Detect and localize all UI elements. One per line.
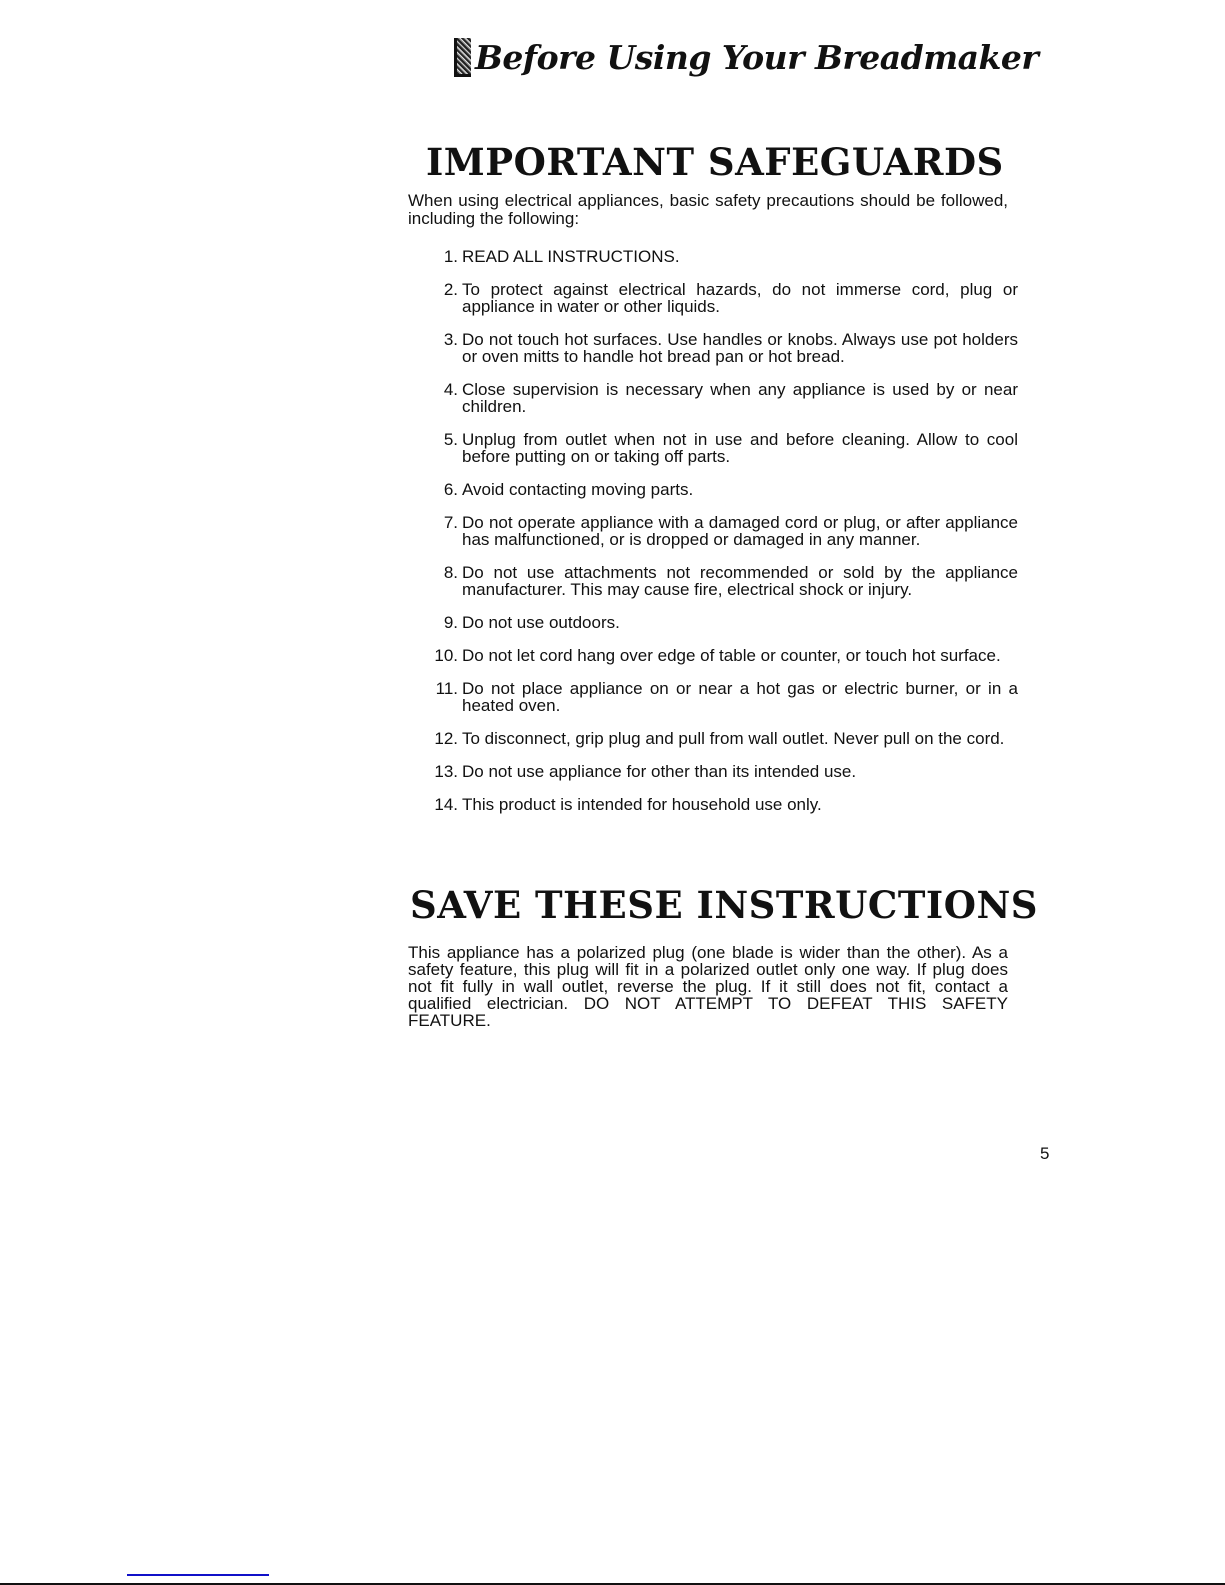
list-item: 13.Do not use appliance for other than i… [408,763,1018,780]
item-text: This product is intended for household u… [458,796,1018,813]
list-item: 10.Do not let cord hang over edge of tab… [408,647,1018,664]
list-item: 4.Close supervision is necessary when an… [408,381,1018,415]
list-item: 7.Do not operate appliance with a damage… [408,514,1018,548]
item-text: Unplug from outlet when not in use and b… [458,431,1018,465]
item-text: To protect against electrical hazards, d… [458,281,1018,315]
page-header-title: Before Using Your Breadmaker [475,38,1038,77]
list-item: 1.READ ALL INSTRUCTIONS. [408,248,1018,265]
item-text: Do not let cord hang over edge of table … [458,647,1018,664]
safeguards-heading: IMPORTANT SAFEGUARDS [426,140,1004,184]
item-number: 14. [408,796,458,813]
item-number: 12. [408,730,458,747]
list-item: 3.Do not touch hot surfaces. Use handles… [408,331,1018,365]
blue-underline [127,1574,269,1576]
item-text: Avoid contacting moving parts. [458,481,1018,498]
item-number: 2. [408,281,458,315]
page-number: 5 [1040,1144,1049,1164]
safeguards-intro: When using electrical appliances, basic … [408,192,1008,228]
item-number: 13. [408,763,458,780]
item-number: 1. [408,248,458,265]
safeguards-list: 1.READ ALL INSTRUCTIONS. 2.To protect ag… [408,248,1018,829]
item-number: 10. [408,647,458,664]
item-text: Do not use attachments not recommended o… [458,564,1018,598]
item-text: READ ALL INSTRUCTIONS. [458,248,1018,265]
page-header: Before Using Your Breadmaker [454,38,1038,77]
item-text: Do not use outdoors. [458,614,1018,631]
item-number: 6. [408,481,458,498]
item-number: 4. [408,381,458,415]
item-number: 11. [408,680,458,714]
item-text: Do not operate appliance with a damaged … [458,514,1018,548]
item-number: 3. [408,331,458,365]
item-text: Do not touch hot surfaces. Use handles o… [458,331,1018,365]
item-number: 8. [408,564,458,598]
item-number: 5. [408,431,458,465]
list-item: 9.Do not use outdoors. [408,614,1018,631]
list-item: 12.To disconnect, grip plug and pull fro… [408,730,1018,747]
item-text: To disconnect, grip plug and pull from w… [458,730,1018,747]
list-item: 5.Unplug from outlet when not in use and… [408,431,1018,465]
list-item: 8.Do not use attachments not recommended… [408,564,1018,598]
list-item: 14.This product is intended for househol… [408,796,1018,813]
document-corner-icon [454,38,471,77]
list-item: 6.Avoid contacting moving parts. [408,481,1018,498]
list-item: 2.To protect against electrical hazards,… [408,281,1018,315]
item-text: Do not place appliance on or near a hot … [458,680,1018,714]
item-text: Close supervision is necessary when any … [458,381,1018,415]
list-item: 11.Do not place appliance on or near a h… [408,680,1018,714]
item-text: Do not use appliance for other than its … [458,763,1018,780]
item-number: 7. [408,514,458,548]
save-instructions-heading: SAVE THESE INSTRUCTIONS [410,883,1038,927]
polarized-plug-paragraph: This appliance has a polarized plug (one… [408,944,1008,1029]
item-number: 9. [408,614,458,631]
